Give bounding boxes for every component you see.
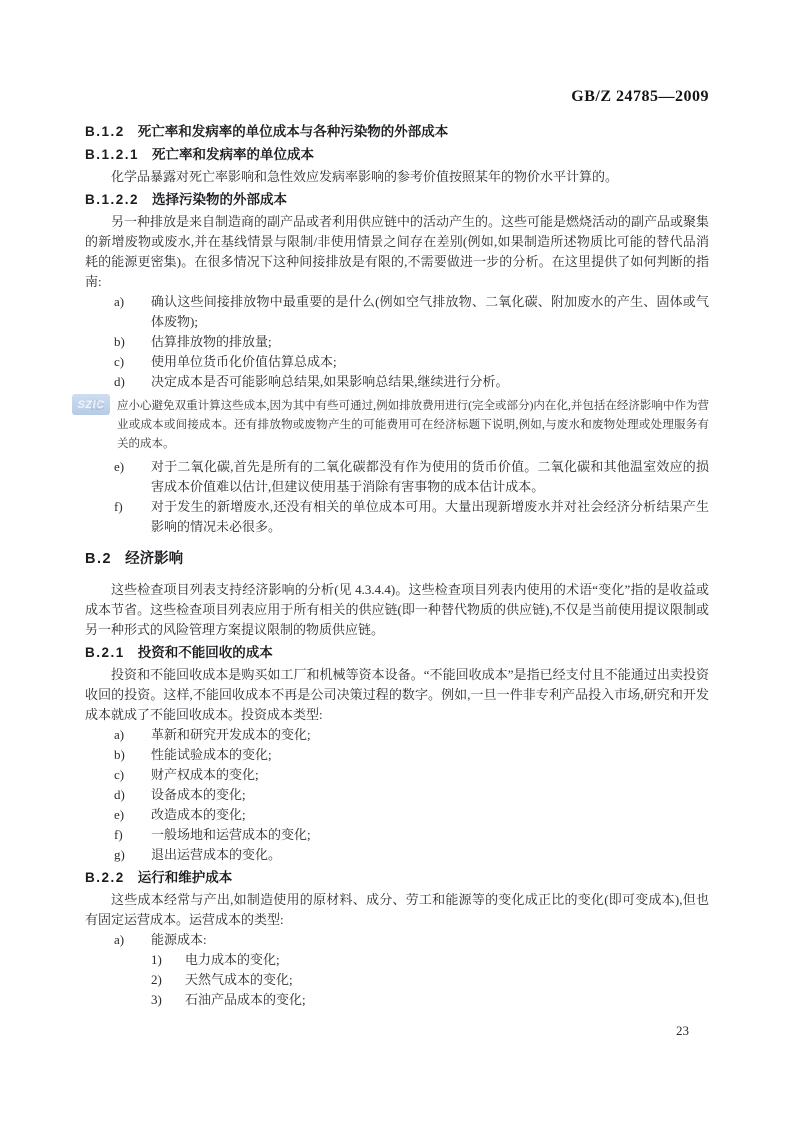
list-item-label: 3) (151, 990, 185, 1010)
list-item-text: 设备成本的变化; (151, 785, 709, 805)
heading-number: B.1.2.2 (85, 192, 139, 207)
heading-title: 运行和维护成本 (138, 870, 233, 885)
list-item-label: 1) (151, 950, 185, 970)
heading-b2-2: B.2.2运行和维护成本 (85, 867, 709, 888)
list-item-d: d) 设备成本的变化; (85, 785, 709, 805)
list-item-c: c) 使用单位货币化价值估算总成本; (85, 352, 709, 372)
heading-b2-1: B.2.1投资和不能回收的成本 (85, 642, 709, 663)
page-number: 23 (676, 1023, 689, 1039)
list-item-a: a) 革新和研究开发成本的变化; (85, 725, 709, 745)
list-item-text: 性能试验成本的变化; (151, 745, 709, 765)
note-block: 注: 应小心避免双重计算这些成本,因为其中有些可通过,例如排放费用进行(完全或部… (85, 397, 709, 454)
list-item-b: b) 性能试验成本的变化; (85, 745, 709, 765)
list-item-label: f) (114, 825, 151, 845)
heading-number: B.1.2 (85, 124, 125, 139)
list-item-e: e) 对于二氧化碳,首先是所有的二氧化碳都没有作为使用的货币价值。二氧化碳和其他… (85, 457, 709, 497)
heading-b1-2-2: B.1.2.2选择污染物的外部成本 (85, 189, 709, 210)
list-item-text: 估算排放物的排放量; (151, 332, 709, 352)
list-item-label: 2) (151, 970, 185, 990)
list-item-text: 石油产品成本的变化; (185, 990, 709, 1010)
list-item-f: f) 一般场地和运营成本的变化; (85, 825, 709, 845)
list-item-text: 使用单位货币化价值估算总成本; (151, 352, 709, 372)
list-item-text: 电力成本的变化; (185, 950, 709, 970)
list-item-text: 对于发生的新增废水,还没有相关的单位成本可用。大量出现新增废水并对社会经济分析结… (151, 497, 709, 537)
heading-b1-2-1: B.1.2.1死亡率和发病率的单位成本 (85, 144, 709, 165)
heading-number: B.1.2.1 (85, 147, 139, 162)
list-item-label: b) (114, 745, 151, 765)
list-item-label: d) (114, 372, 151, 392)
heading-title: 经济影响 (125, 551, 183, 567)
list-item-text: 能源成本: (151, 930, 709, 950)
list-item-label: c) (114, 352, 151, 372)
list-item-text: 一般场地和运营成本的变化; (151, 825, 709, 845)
paragraph-b1-2-1: 化学品暴露对死亡率影响和急性效应发病率影响的参考价值按照某年的物价水平计算的。 (85, 167, 709, 187)
list-item-text: 天然气成本的变化; (185, 970, 709, 990)
document-page: GB/Z 24785—2009 B.1.2死亡率和发病率的单位成本与各种污染物的… (0, 0, 794, 1123)
list-item-text: 决定成本是否可能影响总结果,如果影响总结果,继续进行分析。 (151, 372, 709, 392)
list-item-f: f) 对于发生的新增废水,还没有相关的单位成本可用。大量出现新增废水并对社会经济… (85, 497, 709, 537)
paragraph-b2-2: 这些成本经常与产出,如制造使用的原材料、成分、劳工和能源等的变化成正比的变化(即… (85, 890, 709, 930)
page-header: GB/Z 24785—2009 (85, 88, 709, 108)
list-item-text: 财产权成本的变化; (151, 765, 709, 785)
list-item-label: e) (114, 457, 151, 497)
standard-code: GB/Z 24785—2009 (571, 88, 709, 105)
heading-number: B.2.1 (85, 645, 125, 660)
heading-title: 死亡率和发病率的单位成本 (152, 147, 314, 162)
list-item-label: e) (114, 805, 151, 825)
list-item-b: b) 估算排放物的排放量; (85, 332, 709, 352)
list-item-label: b) (114, 332, 151, 352)
list-item-label: d) (114, 785, 151, 805)
list-item-label: a) (114, 292, 151, 332)
watermark-badge: SZIC (72, 394, 110, 415)
paragraph-b2-1: 投资和不能回收成本是购买如工厂和机械等资本设备。“不能回收成本”是指已经支付且不… (85, 665, 709, 725)
list-item-label: f) (114, 497, 151, 537)
list-item-text: 确认这些间接排放物中最重要的是什么(例如空气排放物、二氧化碳、附加废水的产生、固… (151, 292, 709, 332)
note-text: 应小心避免双重计算这些成本,因为其中有些可通过,例如排放费用进行(完全或部分)内… (117, 397, 709, 454)
heading-title: 死亡率和发病率的单位成本与各种污染物的外部成本 (138, 124, 449, 139)
list-item-c: c) 财产权成本的变化; (85, 765, 709, 785)
heading-number: B.2 (85, 551, 112, 567)
list-item-text: 对于二氧化碳,首先是所有的二氧化碳都没有作为使用的货币价值。二氧化碳和其他温室效… (151, 457, 709, 497)
list-item-energy: a) 能源成本: (85, 930, 709, 950)
paragraph-b2: 这些检查项目列表支持经济影响的分析(见 4.3.4.4)。这些检查项目列表内使用… (85, 580, 709, 640)
sublist-item-2: 2) 天然气成本的变化; (85, 970, 709, 990)
heading-title: 选择污染物的外部成本 (152, 192, 287, 207)
list-item-text: 革新和研究开发成本的变化; (151, 725, 709, 745)
list-item-label: c) (114, 765, 151, 785)
sublist-item-3: 3) 石油产品成本的变化; (85, 990, 709, 1010)
heading-b2: B.2经济影响 (85, 549, 709, 570)
heading-title: 投资和不能回收的成本 (138, 645, 273, 660)
list-item-e: e) 改造成本的变化; (85, 805, 709, 825)
list-item-text: 改造成本的变化; (151, 805, 709, 825)
list-item-label: g) (114, 845, 151, 865)
list-item-label: a) (114, 725, 151, 745)
list-item-g: g) 退出运营成本的变化。 (85, 845, 709, 865)
sublist-item-1: 1) 电力成本的变化; (85, 950, 709, 970)
heading-b1-2: B.1.2死亡率和发病率的单位成本与各种污染物的外部成本 (85, 121, 709, 142)
list-item-text: 退出运营成本的变化。 (151, 845, 709, 865)
list-item-label: a) (114, 930, 151, 950)
paragraph-b1-2-2: 另一种排放是来自制造商的副产品或者利用供应链中的活动产生的。这些可能是燃烧活动的… (85, 212, 709, 292)
list-item-d: d) 决定成本是否可能影响总结果,如果影响总结果,继续进行分析。 (85, 372, 709, 392)
heading-number: B.2.2 (85, 870, 125, 885)
list-item-a: a) 确认这些间接排放物中最重要的是什么(例如空气排放物、二氧化碳、附加废水的产… (85, 292, 709, 332)
